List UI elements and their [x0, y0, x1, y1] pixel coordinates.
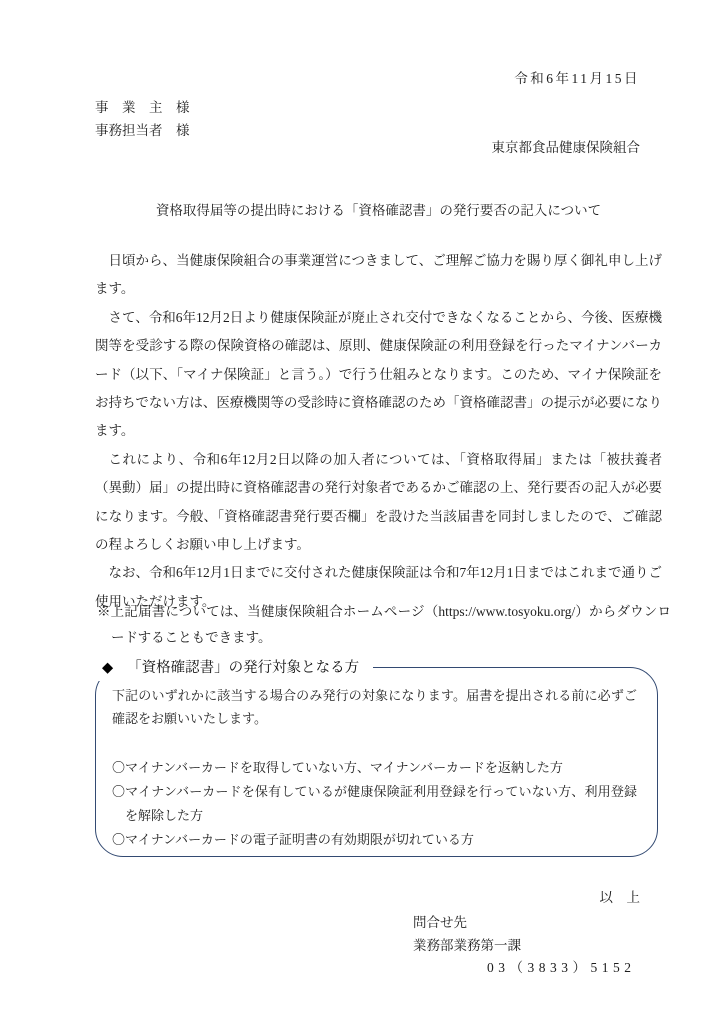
eligibility-heading-label: 「資格確認書」の発行対象となる方 [127, 660, 359, 676]
contact-phone: 03（3833）5152 [487, 956, 636, 976]
eligibility-intro: 下記のいずれかに該当する場合のみ発行の対象になります。届書を提出される前に必ずご… [112, 684, 637, 730]
contact-department: 業務部業務第一課 [413, 934, 521, 954]
eligibility-box-body: 下記のいずれかに該当する場合のみ発行の対象になります。届書を提出される前に必ずご… [96, 668, 657, 852]
letter-date: 令和6年11月15日 [514, 67, 640, 87]
diamond-icon: ◆ [102, 660, 113, 676]
letter-page: 令和6年11月15日 事 業 主 様 事務担当者 様 東京都食品健康保険組合 資… [0, 0, 724, 1024]
contact-label: 問合せ先 [413, 911, 467, 931]
eligibility-info-box: ◆「資格確認書」の発行対象となる方 下記のいずれかに該当する場合のみ発行の対象に… [95, 667, 658, 857]
body-paragraph-background: さて、令和6年12月2日より健康保険証が廃止され交付できなくなることから、今後、… [95, 304, 662, 446]
document-title: 資格取得届等の提出時における「資格確認書」の発行要否の記入について [95, 199, 662, 219]
closing-phrase: 以 上 [600, 886, 641, 906]
eligibility-item-no-registration: 〇マイナンバーカードを保有しているが健康保険証利用登録を行っていない方、利用登録… [112, 780, 637, 828]
body-paragraph-greeting: 日頃から、当健康保険組合の事業運営につきまして、ご理解ご協力を賜り厚く御礼申し上… [95, 247, 662, 304]
body-paragraph-instruction: これにより、令和6年12月2日以降の加入者については、「資格取得届」または「被扶… [95, 446, 662, 560]
addressee-admin-staff: 事務担当者 様 [95, 119, 190, 139]
eligibility-item-no-card: 〇マイナンバーカードを取得していない方、マイナンバーカードを返納した方 [112, 756, 637, 780]
download-note: ※上記届書については、当健康保険組合ホームページ（https://www.tos… [97, 599, 671, 650]
addressee-business-owner: 事 業 主 様 [95, 96, 190, 116]
sender-organization: 東京都食品健康保険組合 [492, 136, 641, 156]
letter-body: 日頃から、当健康保険組合の事業運営につきまして、ご理解ご協力を賜り厚く御礼申し上… [95, 247, 662, 616]
eligibility-item-expired-certificate: 〇マイナンバーカードの電子証明書の有効期限が切れている方 [112, 828, 637, 852]
eligibility-box-heading: ◆「資格確認書」の発行対象となる方 [86, 655, 373, 681]
